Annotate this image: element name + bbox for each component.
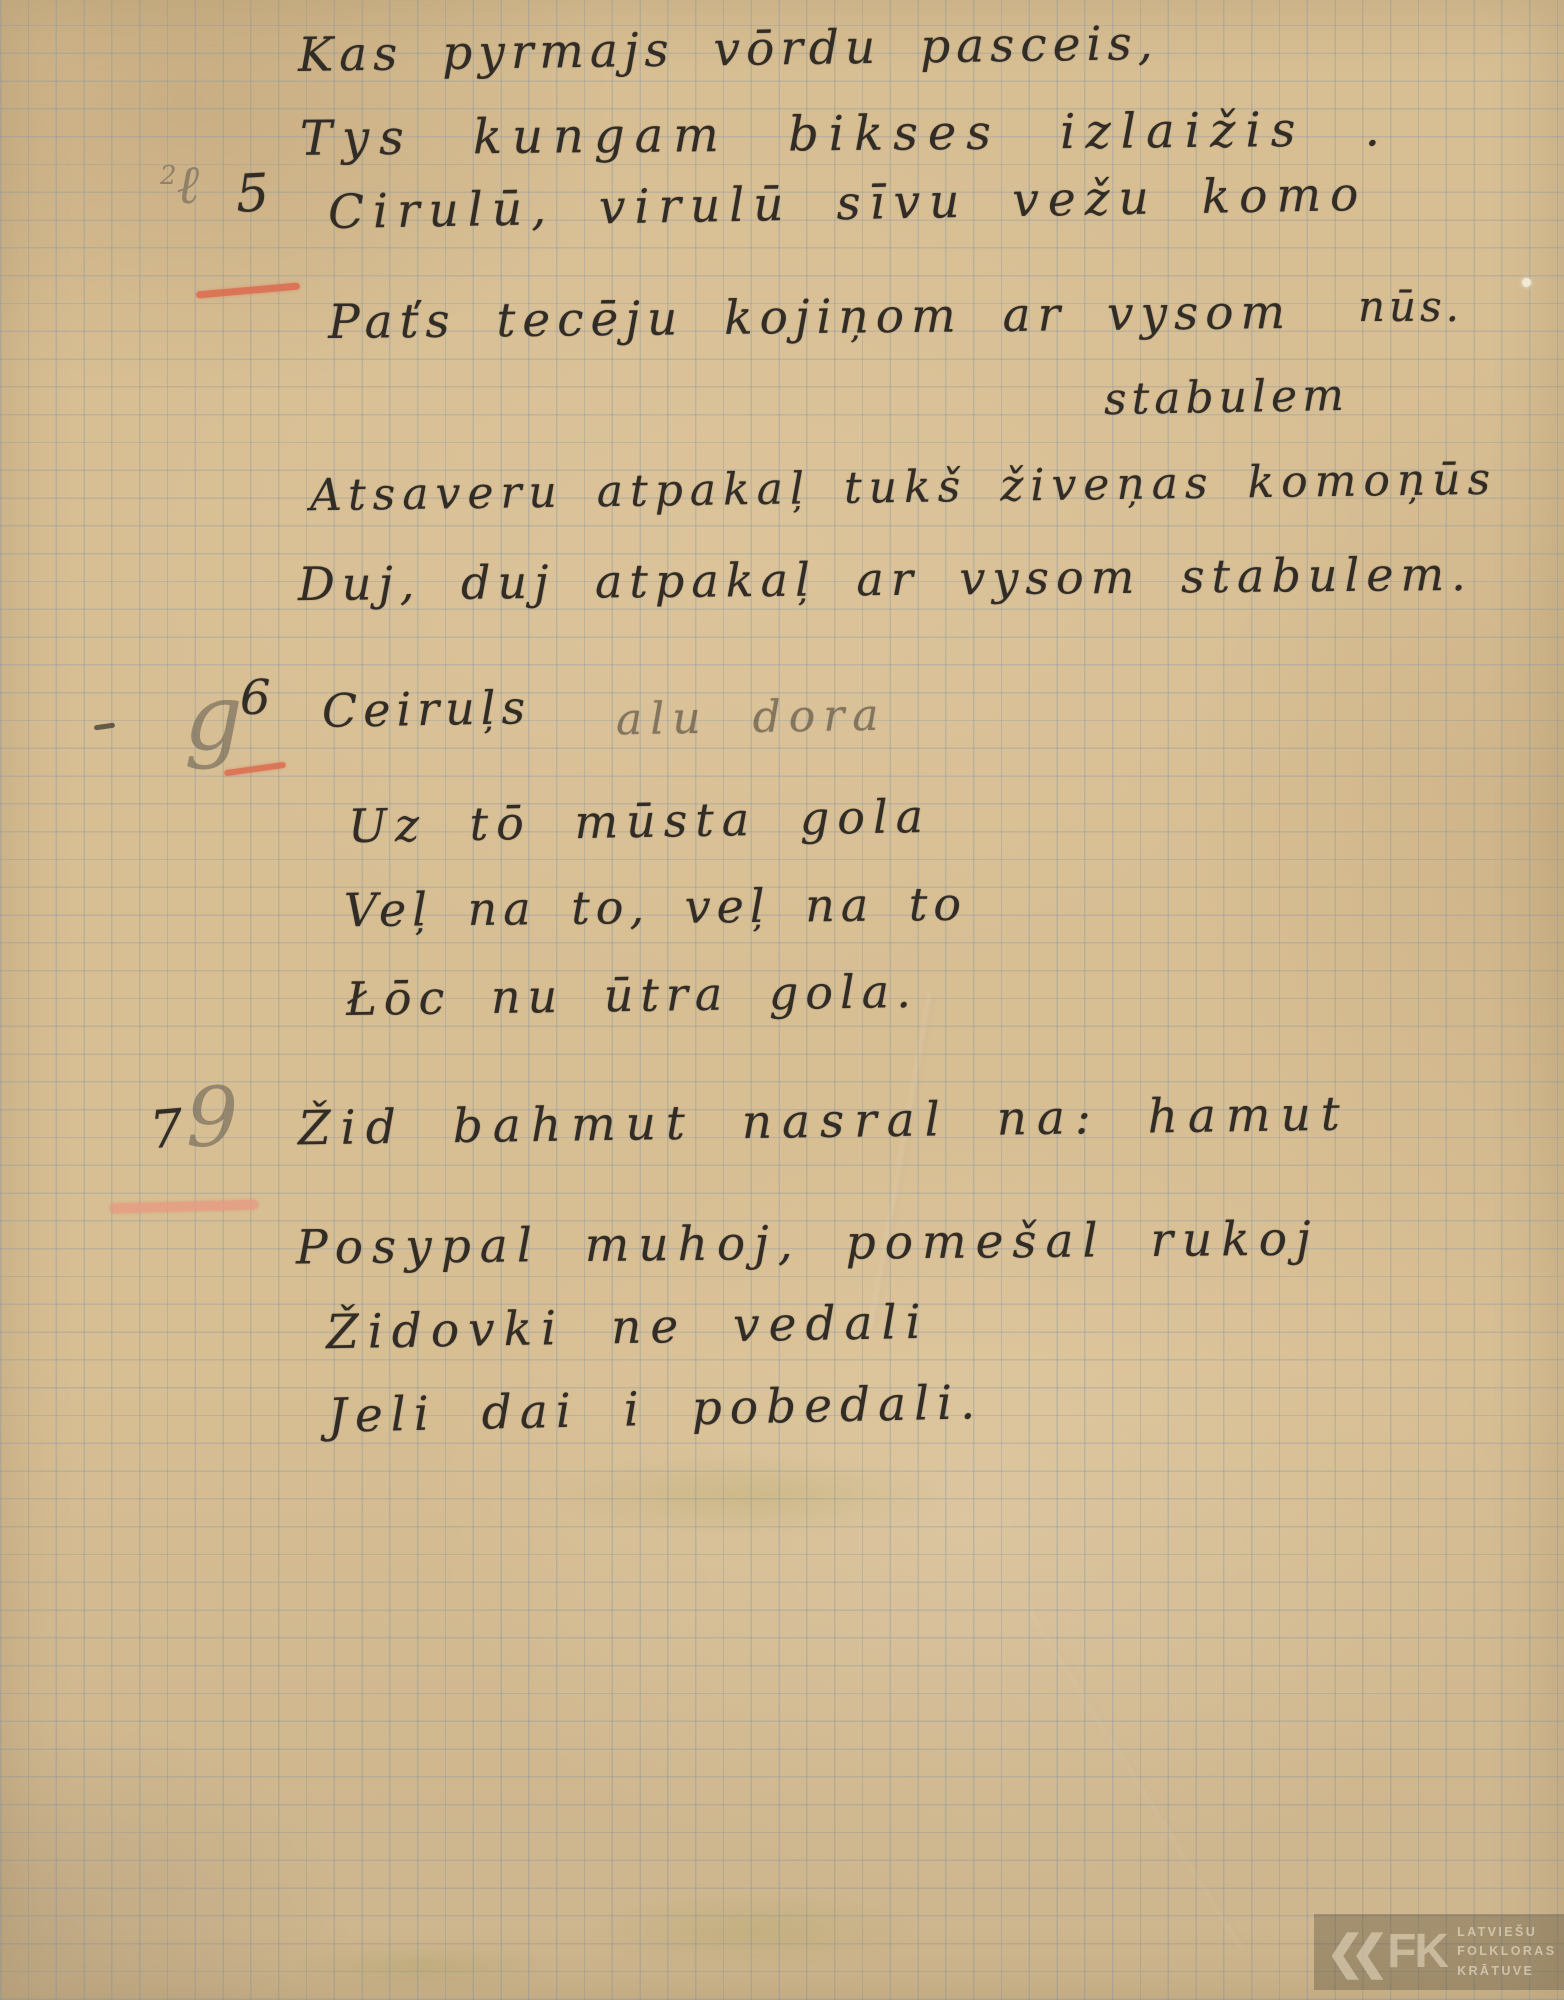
pencil-superscript: 2 <box>160 161 177 191</box>
logo-letters: FK <box>1387 1928 1447 1976</box>
manuscript-line: Uz tō mūsta gola <box>348 793 932 849</box>
paper-crease <box>1019 1591 1245 1949</box>
manuscript-line: Cirulū, virulū sīvu vežu komo <box>328 171 1368 236</box>
manuscript-line: Tys kungam bikses izlaižis . <box>300 105 1390 163</box>
archive-name-line: KRĀTUVE <box>1457 1962 1556 1981</box>
manuscript-line: Veļ na to, veļ na to <box>344 881 967 934</box>
ink-bleedthrough <box>545 1455 945 1535</box>
manuscript-line: Duj, duj atpakaļ ar vysom stabulem. <box>298 551 1473 607</box>
archive-watermark: ❮❮ FK LATVIEŠU FOLKLORAS KRĀTUVE <box>1314 1914 1564 1990</box>
manuscript-line: Židovki ne vedali <box>326 1299 930 1357</box>
pencil-mark: g <box>184 672 243 764</box>
archive-name: LATVIEŠU FOLKLORAS KRĀTUVE <box>1457 1923 1556 1981</box>
interlinear-insertion: stabulem <box>1104 374 1350 422</box>
stanza-number: 6 <box>240 674 271 722</box>
pencil-glyph: ℓ <box>177 153 200 216</box>
red-underline <box>110 1200 258 1213</box>
ink-bleedthrough <box>290 1945 550 1990</box>
pencil-mark: 9 <box>186 1078 238 1160</box>
stray-pencil-dash <box>94 723 115 731</box>
paper-crease <box>871 992 935 1328</box>
red-underline <box>196 282 300 298</box>
manuscript-line-faint: alu dora <box>616 694 887 743</box>
archive-name-line: FOLKLORAS <box>1457 1942 1556 1961</box>
manuscript-line: Atsaveru atpakaļ tukš živeņas komoņūs <box>310 458 1498 519</box>
manuscript-line: Jeli dai i pobedali. <box>328 1379 984 1440</box>
manuscript-line: Łōc nu ūtra gola. <box>346 968 918 1022</box>
manuscript-line: Posypal muhoj, pomešal rukoj <box>296 1216 1320 1272</box>
interlinear-insertion: nūs. <box>1358 286 1463 328</box>
manuscript-line: Ceiruļs <box>322 684 532 734</box>
manuscript-line: Kas pyrmajs vōrdu pasceis, <box>298 20 1159 79</box>
manuscript-line: Žid bahmut nasral na: hamut <box>298 1091 1350 1153</box>
lfk-logo: ❮❮ FK <box>1326 1928 1447 1976</box>
pencil-mark: 2ℓ <box>160 158 199 212</box>
stanza-number: 7 <box>148 1103 185 1158</box>
manuscript-page: Kas pyrmajs vōrdu pasceis, Tys kungam bi… <box>0 0 1564 2000</box>
chevrons-icon: ❮❮ <box>1326 1929 1375 1975</box>
manuscript-line: Paťs tecēju kojiņom ar vysom <box>328 289 1293 346</box>
archive-name-line: LATVIEŠU <box>1457 1923 1556 1942</box>
ink-bleedthrough <box>590 1895 920 1965</box>
paper-speck <box>1522 278 1531 287</box>
stanza-number: 5 <box>235 167 271 221</box>
